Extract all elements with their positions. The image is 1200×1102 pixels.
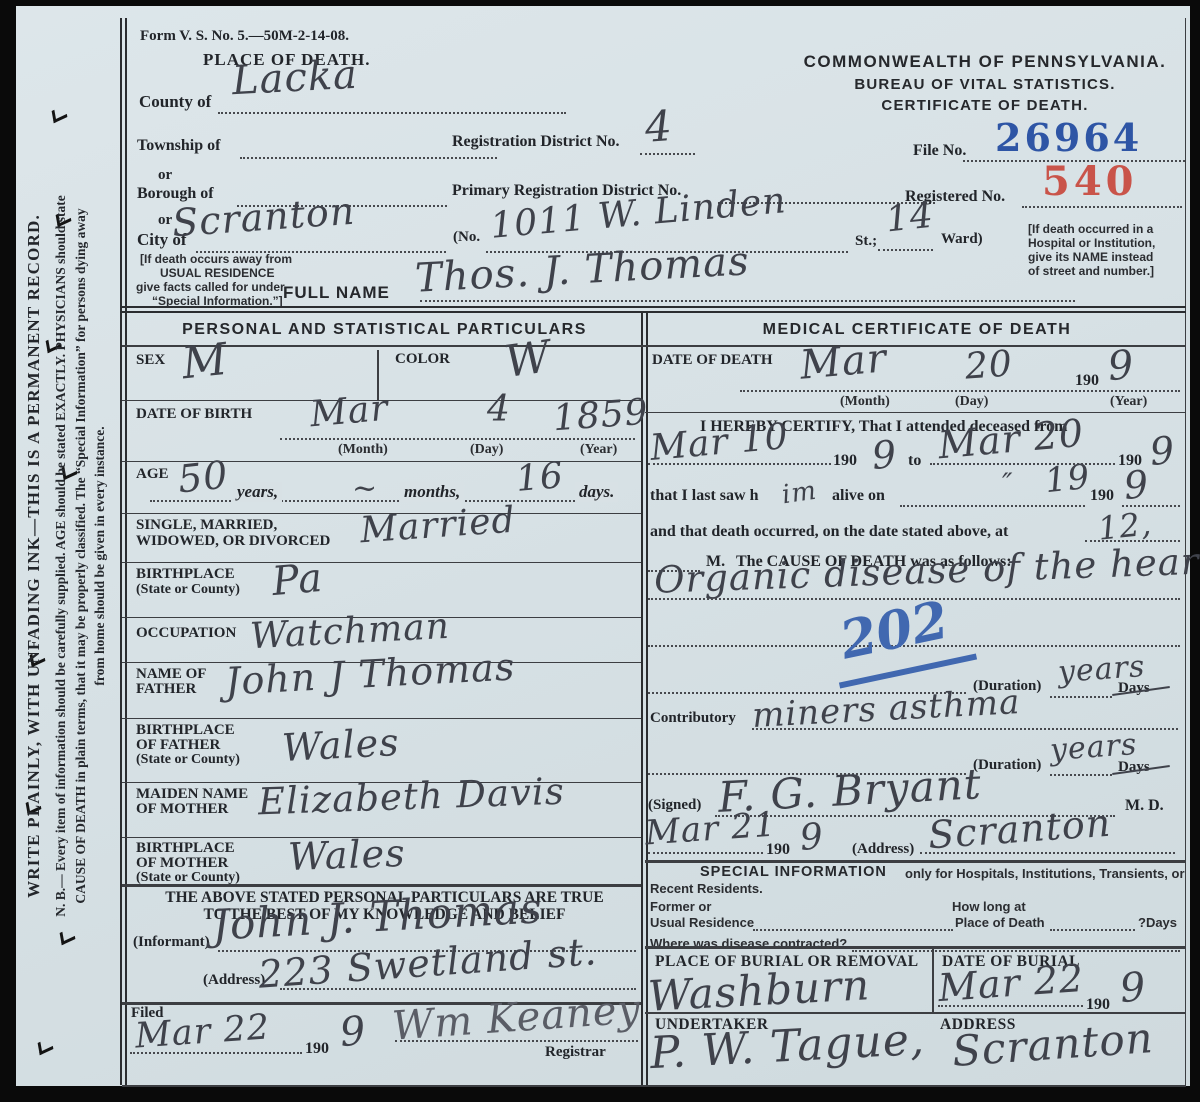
burial-place-handwriting: Washburn [647,964,871,1018]
burial-date-line [938,1005,1083,1007]
margin-nb-line3: from home should be given in every insta… [90,26,110,1086]
registered-no-line [1022,206,1182,208]
marital-label-line2: WIDOWED, OR DIVORCED [136,533,330,550]
to-label: to [908,452,921,470]
dod-month-caption: (Month) [840,394,890,410]
full-name-line [420,300,1075,302]
dob-day-handwriting: 4 [487,392,511,428]
filed-date-handwriting: Mar 22 [134,1010,271,1054]
registration-district-value-handwriting: 4 [644,105,675,149]
signed-year-digit-handwriting: 9 [798,819,825,857]
scanned-death-certificate: WRITE PLAINLY, WITH UNFADING INK—THIS IS… [0,0,1200,1102]
bureau-heading: BUREAU OF VITAL STATISTICS. [795,76,1175,93]
section-rule-thick [122,884,641,887]
dob-label: DATE OF BIRTH [136,406,252,423]
informant-address-label: (Address) [203,972,265,989]
death-occurred-statement: and that death occurred, on the date sta… [650,523,1008,541]
burial-cell-divider [932,949,934,1012]
duration-line [1050,696,1112,698]
age-line [150,500,610,502]
dob-day-caption: (Day) [470,442,503,458]
former-or-label: Former or [650,899,711,914]
ward-value-handwriting: 14 [884,198,935,239]
certificate-heading: CERTIFICATE OF DEATH. [795,97,1175,114]
place-of-death2-label: Place of Death [955,915,1045,930]
dob-year-handwriting: 1859 [552,395,650,438]
birthplace-label: BIRTHPLACE [136,566,235,583]
hospital-note-line1: [If death occurred in a [1028,222,1153,236]
filed-line [130,1052,302,1054]
special-info-rest2: Recent Residents. [650,881,763,896]
dob-year-caption: (Year) [580,442,617,458]
dod-day-handwriting: 20 [964,346,1014,385]
filed-year-printed: 190 [305,1040,329,1058]
father-bp-label-line3: (State or County) [136,752,240,768]
registrar-label: Registrar [545,1044,606,1061]
registration-district-label: Registration District No. [452,133,620,151]
birthplace-value-handwriting: Pa [270,558,324,602]
dod-line [740,390,1180,392]
to-year-digit-handwriting: 9 [1148,431,1176,471]
row-rule [122,562,641,563]
signed-year-printed: 190 [766,841,790,859]
burial-year-digit-handwriting: 9 [1118,967,1148,1009]
registration-district-line [640,153,695,155]
mother-value-handwriting: Elizabeth Davis [257,773,565,821]
ward-label: Ward) [941,231,983,248]
dob-month-handwriting: Mar [309,391,390,434]
disease-contracted-line [852,950,1180,952]
last-saw-label: that I last saw h [650,487,758,505]
special-info-title: SPECIAL INFORMATION [700,864,887,880]
or-label-2: or [158,212,172,229]
hospital-note-line3: give its NAME instead [1028,250,1153,264]
medical-section-title: MEDICAL CERTIFICATE OF DEATH [647,321,1187,339]
dod-label: DATE OF DEATH [652,352,773,369]
section-rule-thick [645,946,1186,949]
title-underline [122,345,1186,347]
margin-write-plainly-note: WRITE PLAINLY, WITH UNFADING INK—THIS IS… [24,26,44,1086]
residence-note-line4: “Special Information.”] [152,294,283,308]
dod-year-digit-handwriting: 9 [1106,345,1136,387]
dod-year-caption: (Year) [1110,394,1147,410]
father-label-line2: FATHER [136,681,196,698]
dod-month-handwriting: Mar [798,338,888,385]
residence-note-line2: USUAL RESIDENCE [160,266,274,280]
registered-no-stamp: 540 [1042,158,1138,205]
row-rule [122,718,641,719]
color-value-handwriting: W [502,335,554,385]
special-info-rest: only for Hospitals, Institutions, Transi… [905,866,1185,881]
county-value-handwriting: Lacka [231,55,359,102]
street-no-label: (No. [453,229,480,246]
birthplace-subcaption: (State or County) [136,582,240,598]
age-label: AGE [136,466,169,483]
county-line [218,112,566,114]
form-number: Form V. S. No. 5.—50M-2-14-08. [140,28,349,45]
township-line [240,157,497,159]
occupation-label: OCCUPATION [136,625,236,642]
full-name-label: FULL NAME [283,283,390,303]
ward-line [878,249,933,251]
usual-residence-line [753,929,953,931]
dod-day-caption: (Day) [955,394,988,410]
duration2-line [1050,774,1112,776]
age-days-label: days. [575,482,618,502]
st-label: St.; [855,233,877,250]
father-bp-value-handwriting: Wales [281,723,400,767]
age-days-handwriting: 16 [515,458,566,498]
dob-month-caption: (Month) [338,442,388,458]
mother-label-line2: OF MOTHER [136,801,228,818]
margin-nb-line1: N. B.— Every item of information should … [51,26,71,1086]
county-label: County of [139,92,211,112]
age-years-handwriting: 50 [176,455,230,498]
form-left-border [120,18,127,1085]
township-label: Township of [137,137,220,155]
last-saw-ditto-handwriting: ″ [1002,470,1013,498]
how-long-line [1050,929,1135,931]
margin-nb-note: N. B.— Every item of information should … [51,26,110,1086]
residence-note-line3: give facts called for under [136,280,285,294]
alive-on-label: alive on [832,487,885,505]
sex-label: SEX [136,352,165,369]
informant-label: (Informant) [133,934,210,951]
last-saw-day-handwriting: 19 [1043,460,1092,499]
section-rule-thick [645,860,1186,863]
signed-address-label: (Address) [852,841,914,858]
from-year-printed: 190 [833,452,857,470]
md-label: M. D. [1125,797,1164,815]
margin-nb-line2: CAUSE OF DEATH in plain terms, that it m… [71,26,91,1086]
dob-line [280,438,635,440]
residence-note-line1: [If death occurs away from [140,252,292,266]
last-saw-him-handwriting: im [780,478,818,509]
commonwealth-heading: COMMONWEALTH OF PENNSYLVANIA. [795,52,1175,72]
age-months-label: months, [400,482,464,502]
age-years-label: years, [233,482,282,502]
usual-residence-label: Usual Residence [650,915,754,930]
duration2-label: (Duration) [973,757,1041,774]
how-long-label: How long at [952,899,1026,914]
marital-label-line1: SINGLE, MARRIED, [136,517,277,534]
dod-year-printed: 190 [1075,372,1099,390]
hospital-note-line4: of street and number.] [1028,264,1154,278]
saw-year-printed: 190 [1090,487,1114,505]
file-no-label: File No. [913,142,966,160]
color-label: COLOR [395,351,450,368]
file-no-stamp: 26964 [995,115,1142,160]
burial-date-handwriting: Mar 22 [937,959,1085,1007]
margin-instructions: WRITE PLAINLY, WITH UNFADING INK—THIS IS… [24,26,120,1086]
hospital-note-line2: Hospital or Institution, [1028,236,1155,250]
last-saw-line [900,505,1085,507]
or-label-1: or [158,167,172,184]
from-year-digit-handwriting: 9 [870,435,898,475]
sex-value-handwriting: M [180,338,230,387]
q-days-label: ?Days [1138,915,1177,930]
occupation-value-handwriting: Watchman [249,609,451,655]
signed-date-handwriting: Mar 21 [644,807,777,850]
mother-bp-value-handwriting: Wales [287,834,406,876]
row-rule [645,412,1186,413]
attended-from-line [648,463,831,465]
contributory-label: Contributory [650,710,736,727]
saw-year-digit-handwriting: 9 [1122,465,1150,505]
signed-date-line [648,852,763,854]
registrar-line [395,1040,638,1042]
form-bottom-border [122,1085,1186,1087]
age-months-handwriting: ~ [352,474,378,504]
filed-year-digit-handwriting: 9 [338,1011,368,1053]
